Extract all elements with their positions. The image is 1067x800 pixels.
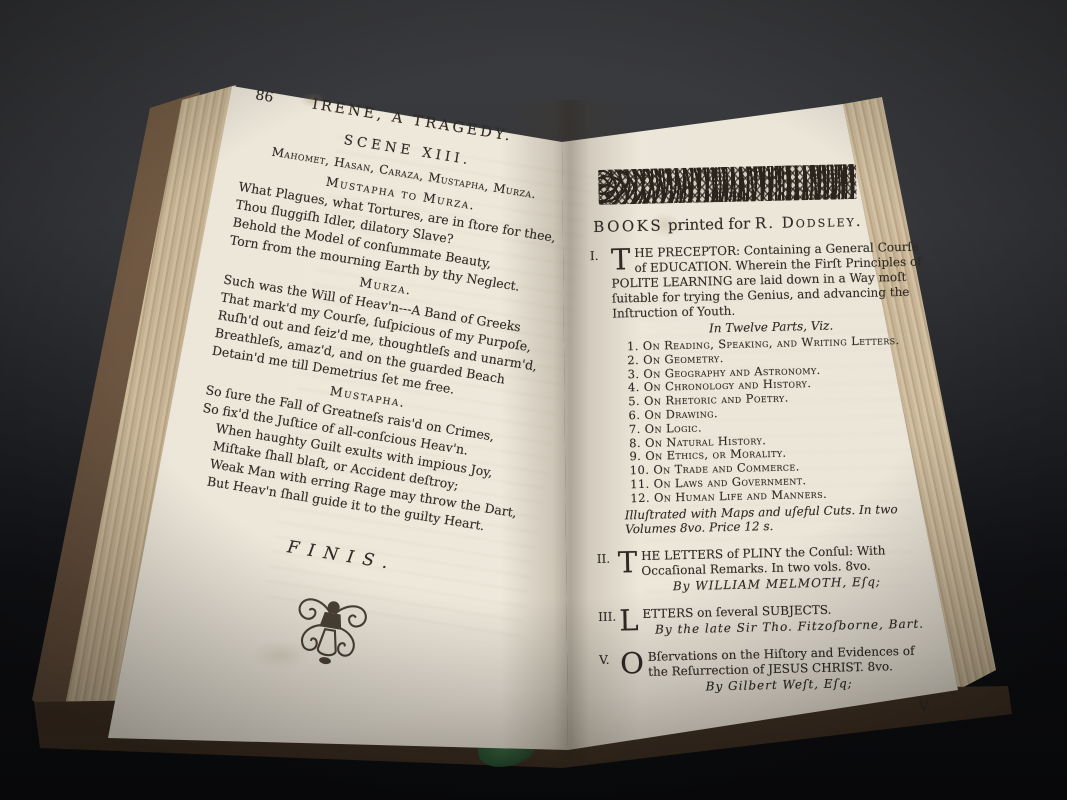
entry-text: HE PRECEPTOR: Containing a General Courſ… [611,240,921,321]
entry-number: I. [590,249,599,264]
entry-number: II. [597,551,611,566]
preceptor-parts-list: 1. On Reading, Speaking, and Writing Let… [613,333,934,506]
drop-cap: T [618,549,642,576]
finis-heading: FINIS. [182,521,503,590]
entry-number: III. [598,609,616,624]
photo-of-open-antique-book: 86 IRENE, A TRAGEDY. SCENE XIII. Mahomet… [0,0,1067,800]
book-entry-3: III. LETTERS on ſeveral SUBJECTS. By the… [602,600,937,639]
book-entry-5: V. OBſervations on the Hiſtory and Evide… [603,643,938,697]
advertisement-title: BOOKS printed for R. Dodsley. [593,212,927,235]
drop-cap: L [619,607,643,634]
entry-number: V. [599,652,610,667]
page-number: 86 [254,86,274,107]
drop-cap: T [611,246,635,273]
title-books: BOOKS [593,216,663,236]
entry-text: ETTERS on ſeveral SUBJECTS. [642,602,831,620]
entry-text: Bſervations on the Hiſtory and Evidences… [648,643,915,678]
floral-headpiece-ornament-icon [598,164,857,205]
entry-note: Illuſtrated with Maps and uſeful Cuts. I… [617,501,935,537]
title-publisher: R. Dodsley. [755,212,863,232]
bust-and-scrolls-tailpiece-ornament-icon [278,583,382,677]
entry-text: HE LETTERS of PLINY the Conſul: With Occ… [641,543,886,578]
right-page-text-block: BOOKS printed for R. Dodsley. I. THE PRE… [592,162,938,721]
book-entry-1: I. THE PRECEPTOR: Containing a General C… [594,239,935,537]
drop-cap: O [620,649,648,676]
title-middle: printed for [663,214,755,234]
book-entry-2: II. THE LETTERS of PLINY the Conſul: Wit… [601,542,936,596]
